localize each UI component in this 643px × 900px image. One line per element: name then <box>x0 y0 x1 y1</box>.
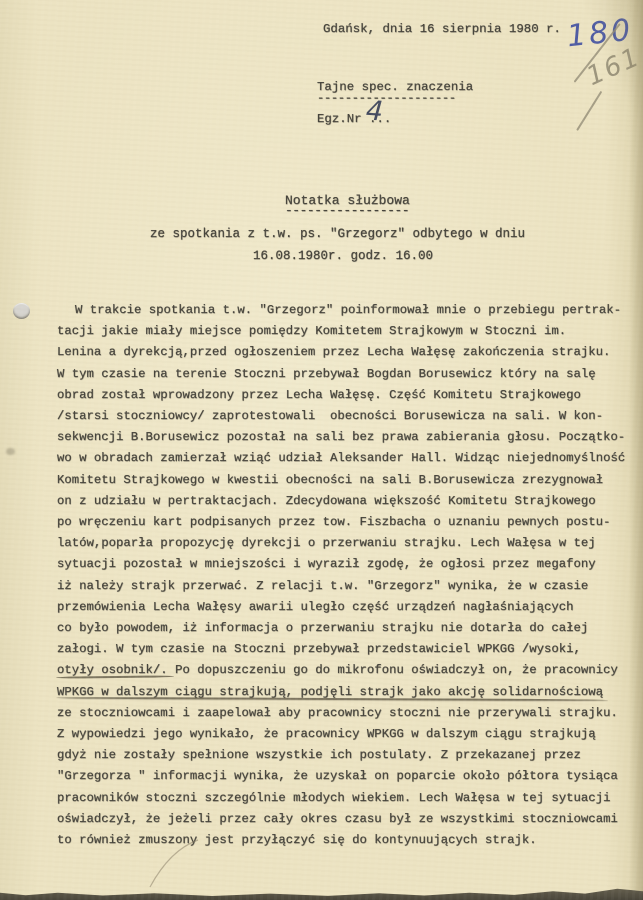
body-line: latów,poparła propozycję dyrekcji o prze… <box>57 533 632 554</box>
document-date-time: 16.08.1980r. godz. 16.00 <box>253 249 433 263</box>
body-line: przemówienia Lecha Wałęsy awarii uległo … <box>57 597 632 618</box>
body-line: W trakcie spotkania t.w. "Grzegorz" poin… <box>57 300 632 321</box>
stray-pencil-mark <box>140 832 210 892</box>
document-body: W trakcie spotkania t.w. "Grzegorz" poin… <box>57 300 632 851</box>
body-line: wo w obradach zamierzał wziąć udział Ale… <box>57 448 632 469</box>
handwritten-copy-number: 4 <box>365 95 384 127</box>
scanned-document-page: Gdańsk, dnia 16 sierpnia 1980 r. Tajne s… <box>0 0 643 900</box>
body-line: ze stoczniowcami i zaapelował aby pracow… <box>57 703 632 724</box>
body-line: otyły osobnik/. Po dopuszczeniu go do mi… <box>57 660 632 681</box>
body-line: oświadczył, że jeżeli przez cały okres c… <box>57 809 632 830</box>
body-line: iż należy strajk przerwać. Z relacji t.w… <box>57 576 632 597</box>
classification-underline: -------------------- <box>317 91 456 105</box>
dateline: Gdańsk, dnia 16 sierpnia 1980 r. <box>323 22 561 36</box>
body-line: pracowników stoczni szczególnie młodych … <box>57 788 632 809</box>
ink-smudge <box>6 448 15 455</box>
body-line: co było powodem, iż informacja o przerwa… <box>57 618 632 639</box>
page-edge-shadow <box>629 0 643 900</box>
body-line: "Grzegorza " informacji wynika, że uzysk… <box>57 766 632 787</box>
body-line: sytuacji pozostał w mniejszości i wyrazi… <box>57 554 632 575</box>
body-line: gdyż nie zostały spełnione wszystkie ich… <box>57 745 632 766</box>
body-line: /starsi stoczniowcy/ zaprotestowali obec… <box>57 406 632 427</box>
body-line: Lenina a dyrekcją,przed ogłoszeniem prze… <box>57 342 632 363</box>
body-line: W tym czasie na terenie Stoczni przebywa… <box>57 364 632 385</box>
body-line: sekwencji B.Borusewicz pozostał na sali … <box>57 427 632 448</box>
torn-page-edge <box>0 884 643 900</box>
body-line: obrad został wprowadzony przez Lecha Wał… <box>57 385 632 406</box>
body-line: tacji jakie miały miejsce pomiędzy Komit… <box>57 321 632 342</box>
body-line: on z udziału w pertraktacjach. Zdecydowa… <box>57 491 632 512</box>
document-subtitle: ze spotkania z t.w. ps. "Grzegorz" odbyt… <box>150 227 525 241</box>
body-line: po wręczeniu kart podpisanych przez tow.… <box>57 512 632 533</box>
body-line: Z wypowiedzi jego wynikało, że pracownic… <box>57 724 632 745</box>
document-title-underline: ----------------- <box>285 203 409 218</box>
body-line: załogi. W tym czasie na Stoczni przebywa… <box>57 639 632 660</box>
punch-hole <box>13 303 30 319</box>
body-line: Komitetu Strajkowego w kwestii obecności… <box>57 470 632 491</box>
